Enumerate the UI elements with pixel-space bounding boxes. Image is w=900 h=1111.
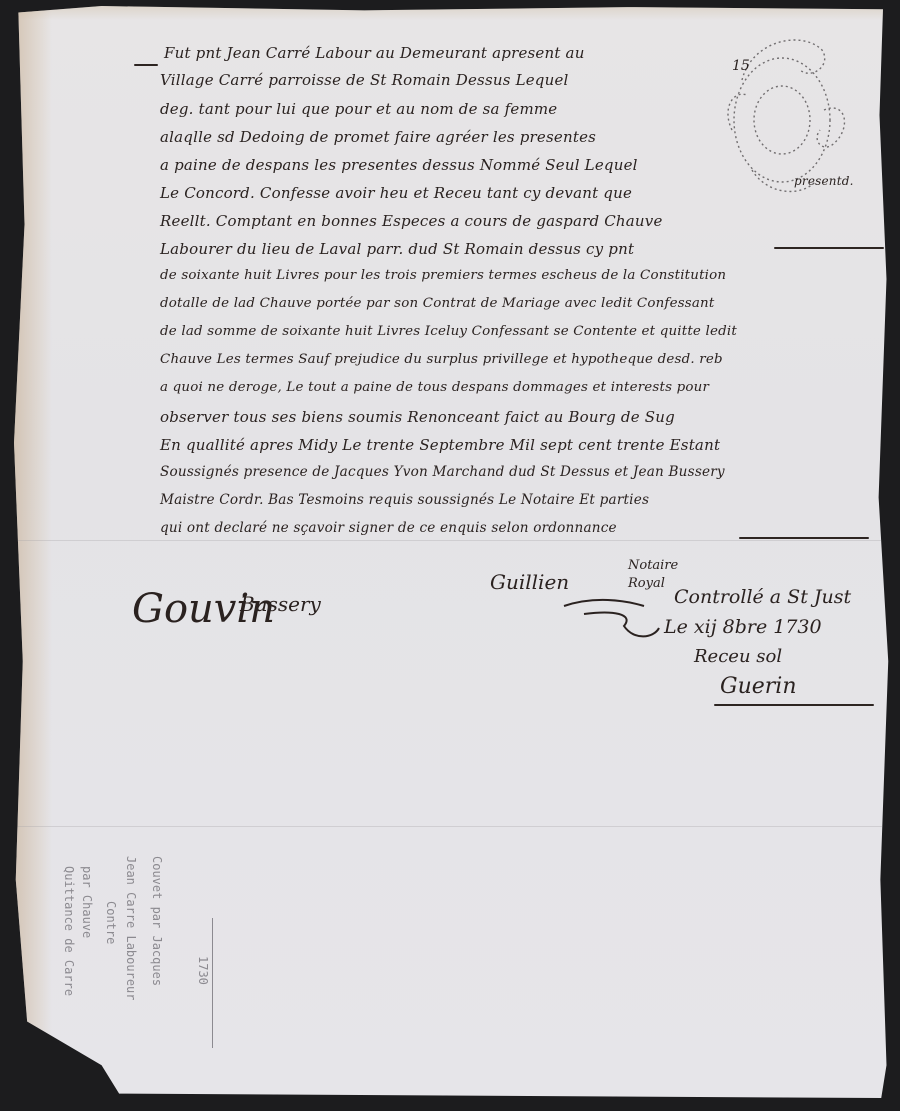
manuscript-page: 15 Fut pnt Jean Carré Labour au Demeuran… [14,6,890,1098]
paper-fold-line [14,540,890,541]
body-line: Le Concord. Confesse avoir heu et Receu … [160,184,632,202]
stamp-number: 15 [732,58,750,74]
body-line: Chauve Les termes Sauf prejudice du surp… [160,352,723,367]
age-stain-left-edge [14,6,52,1098]
signature-underline [714,704,874,706]
body-line: a quoi ne deroge, Le tout a paine de tou… [160,380,709,395]
body-line: Labourer du lieu de Laval parr. dud St R… [160,240,634,258]
body-line: a paine de despans les presentes dessus … [160,156,638,174]
line-filler-rule [739,537,869,539]
pencil-endorsement-line: Contre [104,901,118,944]
pencil-endorsement-line: Quittance de Carre [62,866,76,996]
margin-note: presentd. [794,174,854,188]
line-filler-rule [774,247,884,249]
pencil-endorsement-line: Jean Carre Laboureur [124,856,138,1001]
control-registration-date: Le xij 8bre 1730 [664,616,822,638]
embossed-stamp-icon: 15 [712,20,862,200]
body-line: Village Carré parroisse de St Romain Des… [160,71,569,89]
body-line: deg. tant pour lui que pour et au nom de… [160,100,557,118]
body-line: Reellt. Comptant en bonnes Especes a cou… [160,212,663,230]
pencil-endorsement-year: 1730 [196,956,210,985]
body-line: dotalle de lad Chauve portée par son Con… [160,296,714,311]
signature-bussery: Bussery [240,592,321,616]
control-registration-receipt: Receu sol [694,646,782,667]
body-line: En quallité apres Midy Le trente Septemb… [160,436,720,454]
age-stain-top-edge [14,6,890,20]
paper-fold-line [14,826,890,827]
pencil-endorsement-line: Couvet par Jacques [150,856,164,986]
body-line: observer tous ses biens soumis Renoncean… [160,408,675,426]
notary-paraph-flourish-icon [554,566,664,646]
pencil-divider-line [212,918,213,1048]
body-line: de lad somme de soixante huit Livres Ice… [160,324,737,339]
body-line: de soixante huit Livres pour les trois p… [160,268,726,283]
controller-signature: Guerin [720,674,796,699]
body-line: Maistre Cordr. Bas Tesmoins requis souss… [160,492,649,508]
control-registration-line1: Controllé a St Just [674,586,851,608]
pencil-endorsement-line: par Chauve [80,866,94,938]
body-line: qui ont declaré ne sçavoir signer de ce … [160,520,617,536]
body-line: alaqlle sd Dedoing de promet faire agrée… [160,128,596,146]
line-flourish [134,64,158,66]
body-line: Soussignés presence de Jacques Yvon Marc… [160,464,725,480]
body-line: Fut pnt Jean Carré Labour au Demeurant a… [164,44,585,62]
